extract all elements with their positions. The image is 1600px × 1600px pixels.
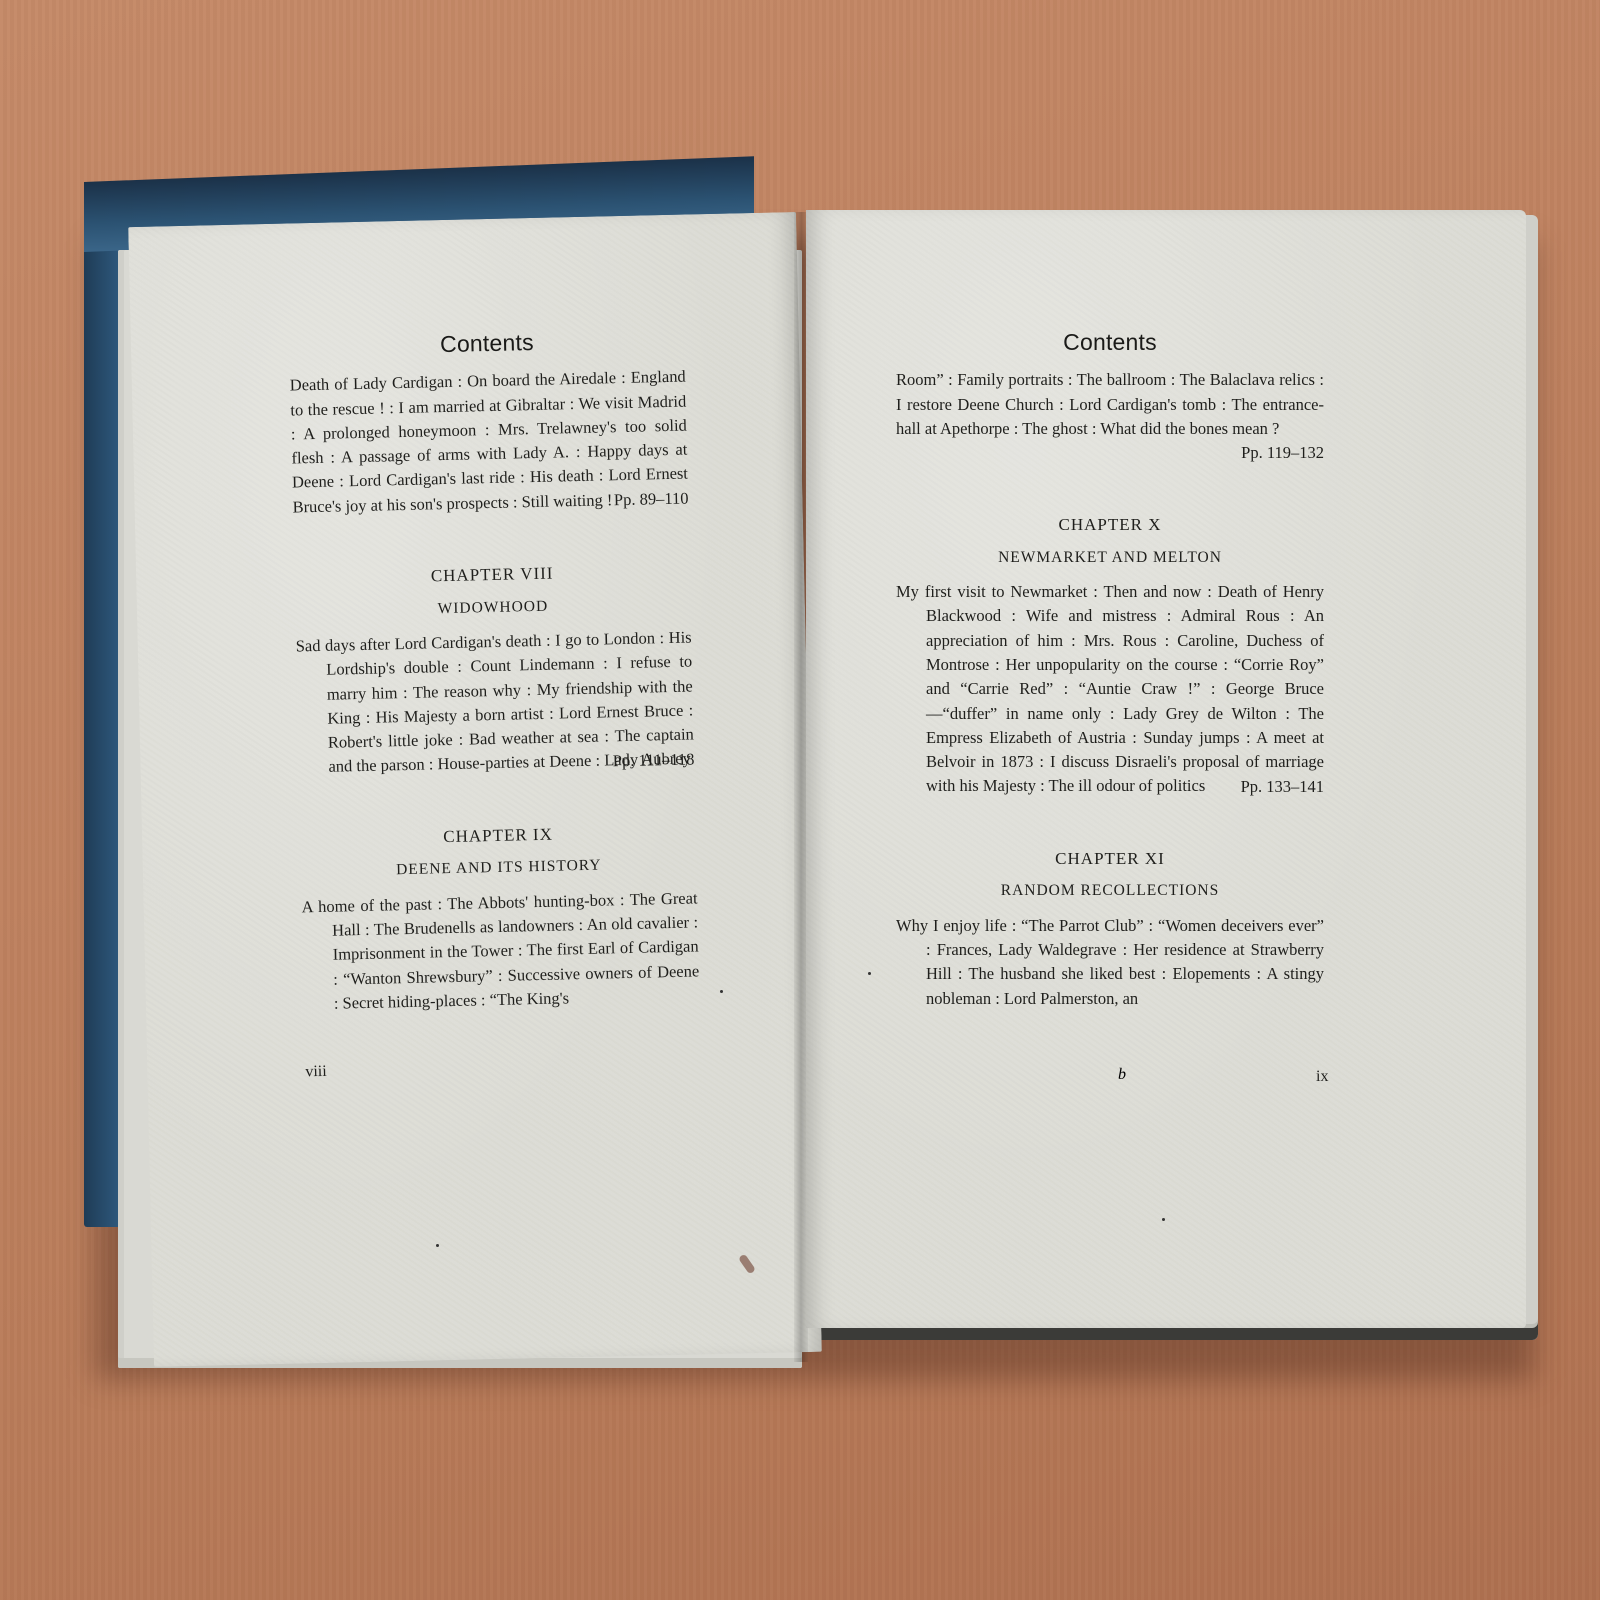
chapter-label: CHAPTER VIII: [294, 559, 690, 592]
left-page: Contents Death of Lady Cardigan : On boa…: [128, 212, 822, 1367]
right-page: Contents Room” : Family portraits : The …: [806, 210, 1526, 1328]
chapter-summary: Why I enjoy life : “The Parrot Club” : “…: [896, 914, 1324, 1011]
running-title: Contents: [289, 327, 685, 360]
ink-speck: [436, 1244, 439, 1247]
signature-mark: b: [1118, 1066, 1126, 1084]
page-number: ix: [1316, 1068, 1328, 1086]
chapter-summary: A home of the past : The Abbots' hunting…: [301, 886, 700, 1016]
page-range: Pp. 119–132: [896, 441, 1324, 465]
chapter-label: CHAPTER IX: [300, 819, 696, 852]
chapter-title: RANDOM RECOLLECTIONS: [896, 879, 1324, 903]
ink-speck: [1162, 1218, 1165, 1221]
page-number: viii: [305, 1063, 327, 1081]
chapter-title: WIDOWHOOD: [295, 591, 691, 624]
chapter-summary: My first visit to Newmarket : Then and n…: [896, 580, 1324, 799]
chapter-title: NEWMARKET AND MELTON: [896, 546, 1324, 570]
left-page-text: Contents Death of Lady Cardigan : On boa…: [289, 327, 700, 1017]
chapter-label: CHAPTER X: [896, 513, 1324, 537]
chapter-label: CHAPTER XI: [896, 847, 1324, 871]
ink-speck: [868, 972, 871, 975]
right-page-text: Contents Room” : Family portraits : The …: [896, 330, 1324, 1011]
ink-speck: [720, 990, 723, 993]
running-title: Contents: [896, 330, 1324, 354]
continued-entry-text: Room” : Family portraits : The ballroom …: [896, 368, 1324, 441]
chapter-title: DEENE AND ITS HISTORY: [301, 852, 697, 885]
